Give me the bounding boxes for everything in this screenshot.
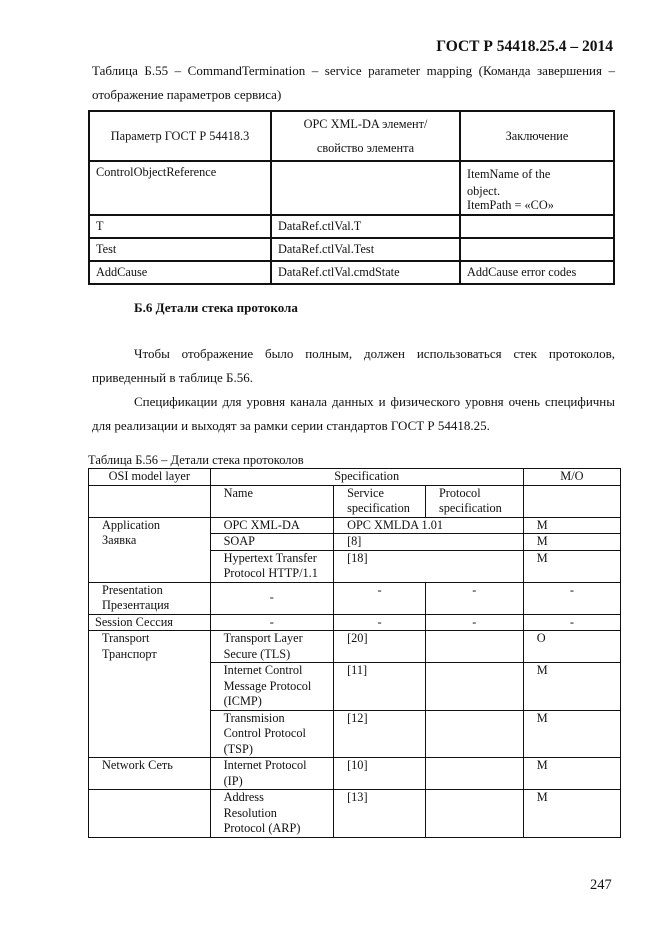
header-conclusion: Заключение	[460, 111, 614, 161]
cell-name: SOAP	[210, 534, 333, 551]
subheader-name: Name	[210, 485, 333, 517]
layer-application: ApplicationЗаявка	[89, 517, 211, 582]
name-l2: Resolution	[224, 806, 277, 820]
subheader-service: Servicespecification	[334, 485, 426, 517]
layer-presentation: PresentationПрезентация	[89, 582, 211, 614]
subheader-mo-empty	[523, 485, 620, 517]
protocol-l2: specification	[439, 501, 502, 515]
para2-line1: Спецификации для уровня канала данных и …	[92, 390, 615, 414]
name-l1: Transport Layer	[224, 631, 303, 645]
layer-network: Network Сеть	[89, 758, 211, 790]
name-l2: Secure (TLS)	[224, 647, 291, 661]
table-subheader-row: Name Servicespecification Protocolspecif…	[89, 485, 621, 517]
table-row: AddressResolutionProtocol (ARP) [13] M	[89, 790, 621, 838]
subheader-protocol: Protocolspecification	[425, 485, 523, 517]
service-l2: specification	[347, 501, 410, 515]
cell-service: -	[334, 582, 426, 614]
cell-protocol	[425, 631, 523, 663]
cell-service: [10]	[334, 758, 426, 790]
cell-service: -	[334, 614, 426, 631]
conclusion-l1: ItemName of the	[467, 164, 607, 184]
cell-name: AddressResolutionProtocol (ARP)	[210, 790, 333, 838]
name-l3: Protocol (ARP)	[224, 821, 301, 835]
table-row: T DataRef.ctlVal.T	[89, 215, 614, 238]
cell-service: [20]	[334, 631, 426, 663]
cell-service: [13]	[334, 790, 426, 838]
cell-spec: [18]	[334, 550, 524, 582]
cell-service: [12]	[334, 710, 426, 758]
cell-param: Test	[89, 238, 271, 261]
name-l1: Transmision	[224, 711, 285, 725]
table-56-caption: Таблица Б.56 – Детали стека протоколов	[88, 453, 304, 468]
cell-mo: M	[523, 710, 620, 758]
table-55-caption-cont: отображение параметров сервиса)	[92, 83, 281, 107]
conclusion-l3: ItemPath = «CO»	[467, 198, 607, 212]
table-row: PresentationПрезентация - - - -	[89, 582, 621, 614]
cell-param: ControlObjectReference	[89, 161, 271, 215]
cell-spec: [8]	[334, 534, 524, 551]
table-row: AddCause DataRef.ctlVal.cmdState AddCaus…	[89, 261, 614, 284]
name-l2: Control Protocol	[224, 726, 306, 740]
layer-l1: Application	[102, 518, 160, 532]
cell-conclusion: AddCause error codes	[460, 261, 614, 284]
cell-mo: -	[523, 582, 620, 614]
table-row: Test DataRef.ctlVal.Test	[89, 238, 614, 261]
para1-line1: Чтобы отображение было полным, должен ис…	[92, 342, 615, 366]
cell-conclusion	[460, 238, 614, 261]
cell-mo: M	[523, 517, 620, 534]
page-number: 247	[590, 877, 612, 894]
header-element-l2: свойство элемента	[317, 141, 414, 155]
name-l3: (TSP)	[224, 742, 253, 756]
conclusion-l2: object.	[467, 184, 607, 198]
header-layer: OSI model layer	[89, 469, 211, 486]
cell-element: DataRef.ctlVal.cmdState	[271, 261, 460, 284]
cell-mo: -	[523, 614, 620, 631]
name-l1: Address	[224, 790, 264, 804]
table-row: Session Сессия - - - -	[89, 614, 621, 631]
cell-mo: M	[523, 534, 620, 551]
cell-mo: M	[523, 663, 620, 711]
cell-name: Hypertext TransferProtocol HTTP/1.1	[210, 550, 333, 582]
cell-mo: O	[523, 631, 620, 663]
header-param: Параметр ГОСТ Р 54418.3	[89, 111, 271, 161]
cell-element	[271, 161, 460, 215]
cell-name: TransmisionControl Protocol(TSP)	[210, 710, 333, 758]
cell-name: Internet ControlMessage Protocol(ICMP)	[210, 663, 333, 711]
cell-name: OPC XML-DA	[210, 517, 333, 534]
cell-name: Internet Protocol(IP)	[210, 758, 333, 790]
service-l1: Service	[347, 486, 384, 500]
table-row: ApplicationЗаявка OPC XML-DA OPC XMLDA 1…	[89, 517, 621, 534]
layer-l2: Презентация	[102, 598, 169, 612]
para2-line2: для реализации и выходят за рамки серии …	[92, 414, 615, 438]
cell-mo: M	[523, 550, 620, 582]
layer-l1: Transport	[102, 631, 149, 645]
name-l2: (IP)	[224, 774, 243, 788]
name-l3: (ICMP)	[224, 694, 262, 708]
table-row: TransportТранспорт Transport LayerSecure…	[89, 631, 621, 663]
layer-transport: TransportТранспорт	[89, 631, 211, 758]
header-mo: M/O	[523, 469, 620, 486]
cell-param: T	[89, 215, 271, 238]
table-header-row: Параметр ГОСТ Р 54418.3 OPC XML-DA элеме…	[89, 111, 614, 161]
para1-line2: приведенный в таблице Б.56.	[92, 366, 615, 390]
table-row: ControlObjectReference ItemName of theob…	[89, 161, 614, 215]
cell-protocol	[425, 663, 523, 711]
protocol-l1: Protocol	[439, 486, 481, 500]
name-l2: Protocol HTTP/1.1	[224, 566, 318, 580]
section-body: Чтобы отображение было полным, должен ис…	[92, 342, 615, 438]
layer-empty	[89, 790, 211, 838]
header-element-l1: OPC XML-DA элемент/	[304, 117, 428, 131]
cell-conclusion	[460, 215, 614, 238]
layer-l1: Presentation	[102, 583, 163, 597]
document-header: ГОСТ Р 54418.25.4 – 2014	[436, 38, 613, 56]
cell-protocol	[425, 790, 523, 838]
cell-name: -	[210, 614, 333, 631]
name-l1: Hypertext Transfer	[224, 551, 317, 565]
name-l2: Message Protocol	[224, 679, 312, 693]
table-row: Network Сеть Internet Protocol(IP) [10] …	[89, 758, 621, 790]
cell-protocol	[425, 758, 523, 790]
table-header-row: OSI model layer Specification M/O	[89, 469, 621, 486]
cell-mo: M	[523, 790, 620, 838]
header-specification: Specification	[210, 469, 523, 486]
layer-l2: Транспорт	[102, 647, 157, 661]
cell-param: AddCause	[89, 261, 271, 284]
cell-element: DataRef.ctlVal.T	[271, 215, 460, 238]
table-56: OSI model layer Specification M/O Name S…	[88, 468, 621, 838]
subheader-empty	[89, 485, 211, 517]
header-element: OPC XML-DA элемент/свойство элемента	[271, 111, 460, 161]
cell-protocol: -	[425, 614, 523, 631]
name-l1: Internet Control	[224, 663, 303, 677]
cell-name: -	[210, 582, 333, 614]
table-55-caption: Таблица Б.55 – CommandTermination – serv…	[92, 59, 615, 83]
name-l1: Internet Protocol	[224, 758, 307, 772]
layer-l2: Заявка	[102, 533, 136, 547]
cell-conclusion: ItemName of theobject.ItemPath = «CO»	[460, 161, 614, 215]
section-title: Б.6 Детали стека протокола	[134, 300, 298, 316]
layer-session: Session Сессия	[89, 614, 211, 631]
cell-name: Transport LayerSecure (TLS)	[210, 631, 333, 663]
cell-element: DataRef.ctlVal.Test	[271, 238, 460, 261]
cell-protocol	[425, 710, 523, 758]
table-55: Параметр ГОСТ Р 54418.3 OPC XML-DA элеме…	[88, 110, 615, 285]
cell-mo: M	[523, 758, 620, 790]
cell-service: [11]	[334, 663, 426, 711]
cell-spec: OPC XMLDA 1.01	[334, 517, 524, 534]
cell-protocol: -	[425, 582, 523, 614]
